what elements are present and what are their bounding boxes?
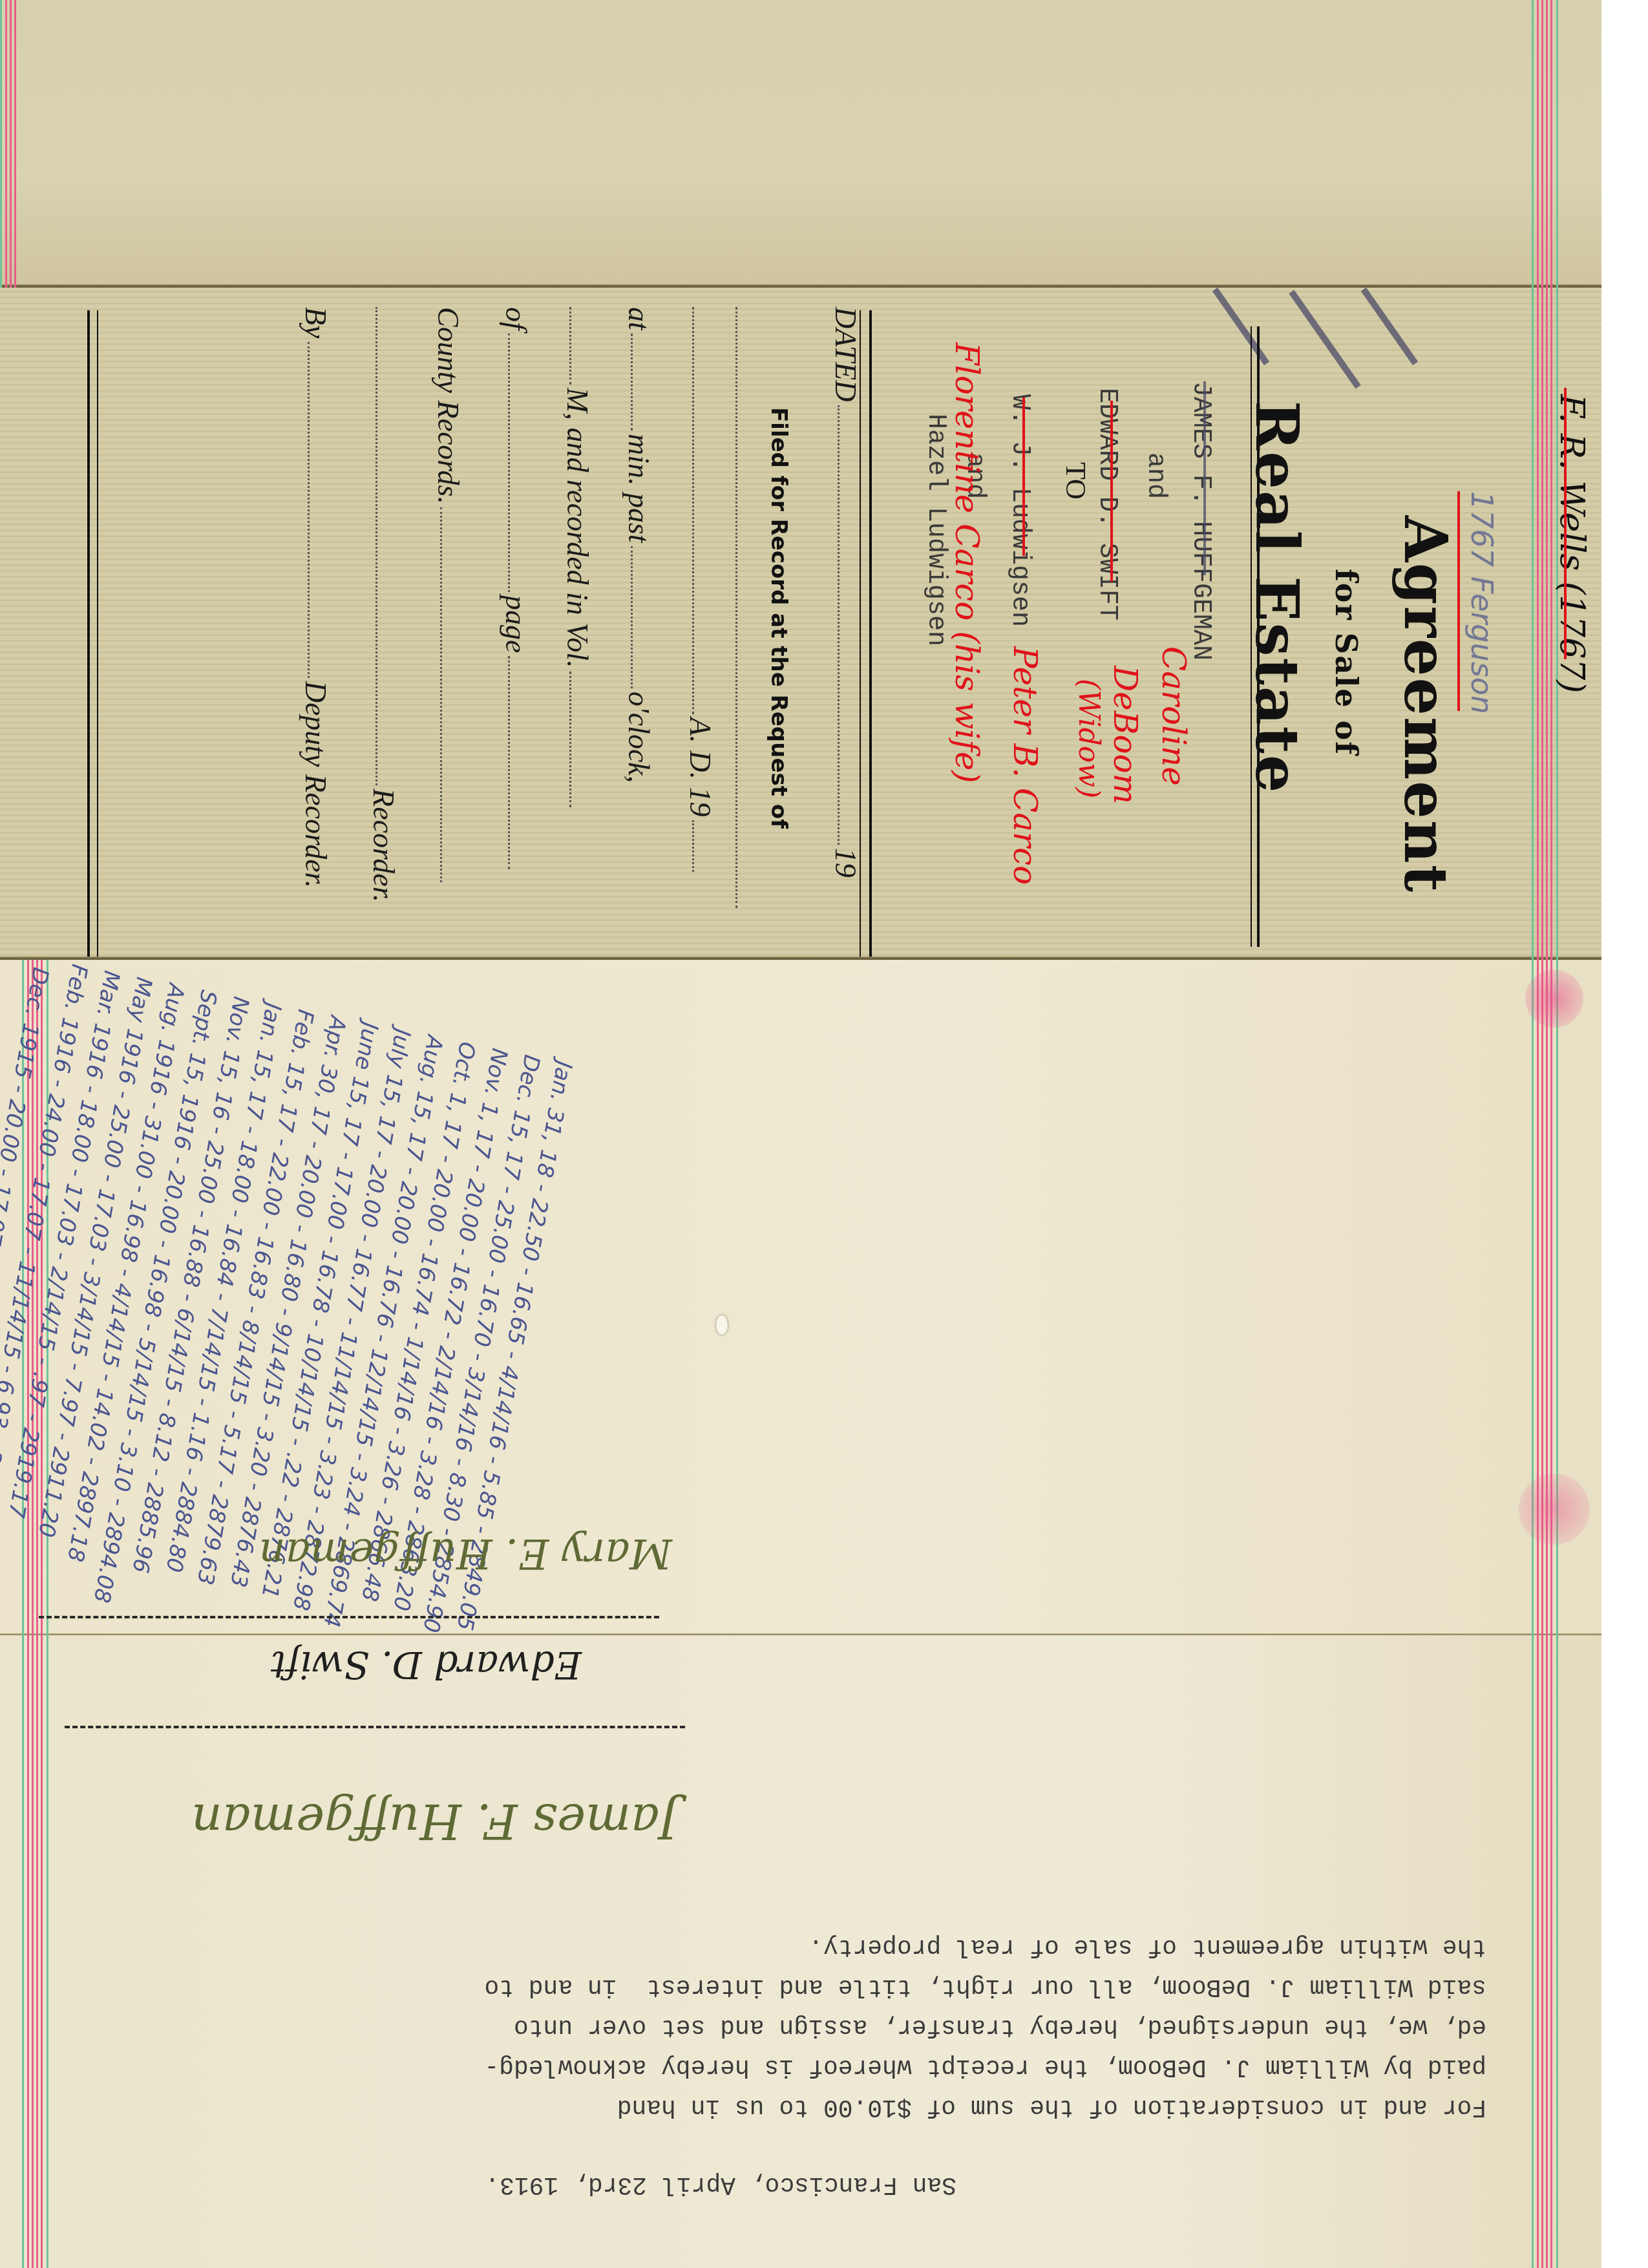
ledger-paid-to: 6/14/15 — [159, 1306, 199, 1394]
scan-background — [1601, 0, 1648, 2268]
ledger-interest: 16.84 — [211, 1222, 247, 1289]
cover-rule — [1257, 326, 1260, 947]
signature-james-huffgeman: James F. Huffgeman — [191, 1793, 679, 1849]
ledger-interest: 17.03 — [51, 1182, 87, 1248]
title-block: for Sale of — [1329, 569, 1364, 756]
ledger-payment: 20.00 — [453, 1177, 489, 1244]
filed-header-text: Filed for Record at the Request of — [766, 407, 792, 829]
ledger-payment: 20.00 — [290, 1154, 326, 1220]
ledger-interest: 16.72 — [438, 1260, 474, 1327]
ledger-payment: 18.00 — [65, 1098, 101, 1165]
page-label: page — [500, 595, 533, 653]
ad-label: A. D. 19 — [684, 717, 717, 816]
recorder-row: Recorder. — [366, 307, 401, 902]
county-blank[interactable] — [440, 507, 442, 882]
margin-note: F. R. Wells (1767) — [1552, 394, 1591, 694]
ledger-principal: 3.28 — [407, 1449, 441, 1501]
ledger-principal: 7.97 — [52, 1375, 87, 1428]
ledger-interest: 16.70 — [468, 1282, 504, 1349]
red-strikethrough — [1022, 397, 1025, 556]
ledger-principal: .22 — [276, 1450, 308, 1489]
ledger-paid-to: 2/14/16 — [420, 1344, 460, 1432]
red-annotation: DeBoom — [1106, 666, 1144, 804]
pencil-note-text: 1767 Ferguson — [1464, 491, 1499, 714]
ledger-paid-to: 8/14/15 — [224, 1318, 264, 1406]
left-margin-rule — [0, 0, 17, 288]
ledger-payment: 20.00 — [386, 1180, 422, 1246]
assignment-dateline: San Francisco, April 23rd, 1913. — [116, 2159, 956, 2204]
ledger-paid-to: 9/14/15 — [257, 1320, 297, 1408]
ledger-principal: 14.02 — [81, 1386, 118, 1453]
red-annotation: Caroline — [1155, 646, 1192, 786]
deputy-blank[interactable] — [308, 342, 310, 678]
am-pm-blank[interactable] — [569, 307, 571, 385]
ledger-interest: 16.76 — [371, 1263, 407, 1330]
assignment-line: the within agreement of sale of real pro… — [97, 1926, 1486, 1966]
request-of-row — [731, 307, 743, 908]
dated-blank[interactable] — [838, 405, 840, 845]
ad-year-blank[interactable] — [692, 820, 694, 872]
signature-edward-swift: Edward D. Swift — [271, 1643, 582, 1687]
seller-2-name: EDWARD D. SWIFT — [1092, 388, 1121, 620]
ledger-paid-to: 4/14/15 — [96, 1281, 136, 1369]
red-annotation: Peter B. Carco — [1006, 646, 1044, 885]
party-line: Hazel Ludwigsen — [921, 414, 950, 646]
party-line: TO — [1059, 462, 1092, 500]
payment-ledger: Feb. 1916 - 24.00 - 17.07 - 11/14/15 - 6… — [52, 966, 633, 1548]
ledger-payment: 17.00 — [321, 1165, 357, 1231]
ledger-payment: 25.00 — [483, 1199, 519, 1266]
signature-mary-huffgeman: Mary E. Huffgeman — [259, 1529, 672, 1577]
title-block: Agreement — [1391, 452, 1461, 957]
ad-row: A. D. 19 — [683, 307, 717, 872]
right-margin-rule — [1532, 0, 1560, 2268]
ledger-payment: 20.00 — [421, 1167, 458, 1234]
ledger-principal: 5.17 — [211, 1423, 246, 1476]
ledger-principal: 1.16 — [180, 1410, 215, 1463]
recorder-blank[interactable] — [375, 307, 377, 785]
ledger-interest: 16.88 — [177, 1223, 213, 1289]
strikethrough — [1203, 381, 1206, 575]
ledger-payment: 22.50 — [516, 1196, 553, 1263]
signature-block: Edward D. Swift — [65, 1622, 582, 1687]
form-rule — [87, 310, 90, 957]
ledger-interest: 16.74 — [407, 1251, 443, 1318]
ledger-paid-to: 3/14/16 — [449, 1366, 489, 1454]
red-annotation-line: (Widow) — [1072, 679, 1105, 798]
ledger-interest: 17.03 — [83, 1187, 120, 1253]
signature-line — [65, 1726, 685, 1728]
at-label: at — [622, 307, 655, 330]
red-strikethrough — [1110, 401, 1113, 582]
assignment-line: paid by William J. DeBoom, the receipt w… — [97, 2046, 1486, 2086]
red-annotation: (Widow) — [1072, 679, 1105, 798]
by-label: By — [299, 307, 332, 339]
hour-blank[interactable] — [631, 546, 633, 688]
volume-row: M, and recorded in Vol. — [560, 307, 595, 807]
of-blank[interactable] — [508, 334, 510, 592]
conjunction: and — [1141, 452, 1170, 499]
assignment-body: For and in consideration of the sum of $… — [97, 1855, 1486, 2126]
margin-note-text: F. R. Wells (1767) — [1552, 394, 1591, 694]
recorder-label: Recorder. — [367, 789, 400, 902]
ledger-paid-to: 7/14/15 — [193, 1306, 233, 1394]
ledger-interest: 16.65 — [502, 1280, 538, 1347]
red-annotation-line: Florentine Carco (his wife) — [948, 343, 986, 783]
red-annotation-line: Caroline — [1155, 646, 1192, 786]
signature-block: James F. Huffgeman — [58, 1732, 679, 1849]
party-line: EDWARD D. SWIFT — [1092, 388, 1121, 620]
paper-hole — [716, 1315, 728, 1335]
ink-smudge — [1525, 970, 1583, 1028]
party-line: W. J. Ludwigsen — [1005, 394, 1034, 627]
title-agreement: Agreement — [1391, 452, 1461, 957]
title-block: Real Estate — [1242, 401, 1312, 794]
ledger-principal: 3.23 — [307, 1449, 341, 1501]
red-annotation: Florentine Carco (his wife) — [948, 343, 986, 783]
ledger-interest: 16.78 — [306, 1248, 343, 1315]
ad-date-blank[interactable] — [692, 307, 694, 714]
assignment-line: ed, we, the undersigned, hereby transfer… — [97, 2006, 1486, 2046]
county-row: County Records. — [431, 307, 465, 882]
ledger-payment: 22.00 — [257, 1151, 293, 1218]
assignment-line: said William J. DeBoom, all our right, t… — [97, 1966, 1486, 2006]
filed-header: Filed for Record at the Request of — [766, 407, 792, 829]
ledger-payment: 31.00 — [129, 1114, 165, 1181]
ledger-interest: 16.98 — [115, 1198, 151, 1264]
ledger-payment: 20.00 — [153, 1169, 189, 1236]
dated-label: DATED — [829, 307, 862, 402]
red-annotation-line: DeBoom — [1106, 666, 1144, 804]
ledger-principal: 8.12 — [147, 1411, 181, 1463]
top-fold-panel — [0, 0, 1601, 288]
ledger-interest: 16.98 — [138, 1253, 174, 1319]
ledger-paid-to: 4/14/16 — [483, 1364, 523, 1452]
of-label: of — [500, 307, 533, 330]
dated-row: DATED 19 — [829, 307, 863, 878]
assignment-line: For and in consideration of the sum of $… — [97, 2086, 1486, 2126]
ledger-paid-to: 5/14/15 — [120, 1336, 160, 1424]
ledger-paid-to: 1/14/16 — [388, 1335, 428, 1423]
ledger-principal: 3.26 — [375, 1439, 410, 1492]
seller-1-name: JAMES F. HUFFGEMAN — [1186, 381, 1215, 661]
oclock-label: o'clock, — [622, 692, 655, 783]
page-row: of page — [499, 307, 533, 869]
ink-smudge — [1519, 1474, 1590, 1545]
county-records-label: County Records. — [432, 307, 465, 504]
ledger-payment: 20.00 — [355, 1163, 392, 1229]
ledger-payment: 18.00 — [226, 1138, 262, 1205]
red-annotation-line: Peter B. Carco — [1006, 646, 1044, 885]
request-of-blank[interactable] — [735, 307, 737, 908]
cover-rule — [1251, 326, 1252, 947]
party-line: and — [1141, 452, 1170, 499]
ledger-interest: 16.83 — [242, 1235, 279, 1301]
buyer-1-name: W. J. Ludwigsen — [1005, 394, 1034, 627]
title-for-sale-of: for Sale of — [1329, 569, 1364, 756]
ledger-principal: 3.20 — [244, 1426, 279, 1478]
form-rule — [869, 310, 872, 957]
title-real-estate: Real Estate — [1242, 401, 1312, 794]
ledger-paid-to: 3/14/15 — [65, 1271, 105, 1359]
ledger-payment: 25.00 — [192, 1139, 228, 1205]
to-label: TO — [1060, 462, 1092, 500]
time-row: at min. past o'clock, — [622, 307, 656, 783]
volume-blank[interactable] — [569, 672, 571, 807]
signature-line — [39, 1616, 659, 1618]
minutes-blank[interactable] — [631, 334, 633, 430]
recorded-in-vol-label: M, and recorded in Vol. — [561, 388, 594, 668]
form-rule — [97, 310, 98, 957]
ledger-interest: 16.80 — [275, 1237, 312, 1304]
party-line: JAMES F. HUFFGEMAN — [1186, 381, 1215, 661]
red-strikethrough — [1457, 491, 1460, 711]
place-and-date: San Francisco, April 23rd, 1913. — [116, 2164, 956, 2204]
dated-year: 19 — [829, 848, 862, 878]
red-strikethrough — [1564, 388, 1567, 659]
ledger-principal: 3.10 — [108, 1441, 142, 1494]
min-past-label: min. past — [622, 434, 655, 543]
page-blank[interactable] — [508, 656, 510, 869]
pencil-note: 1767 Ferguson — [1464, 491, 1499, 714]
ledger-payment: 25.00 — [98, 1103, 134, 1170]
deputy-recorder-label: Deputy Recorder. — [299, 681, 332, 888]
deputy-row: By Deputy Recorder. — [299, 307, 333, 888]
buyer-2-name: Hazel Ludwigsen — [921, 414, 950, 646]
signature-block: Mary E. Huffgeman — [90, 1500, 672, 1577]
ledger-interest: 16.77 — [341, 1247, 377, 1313]
